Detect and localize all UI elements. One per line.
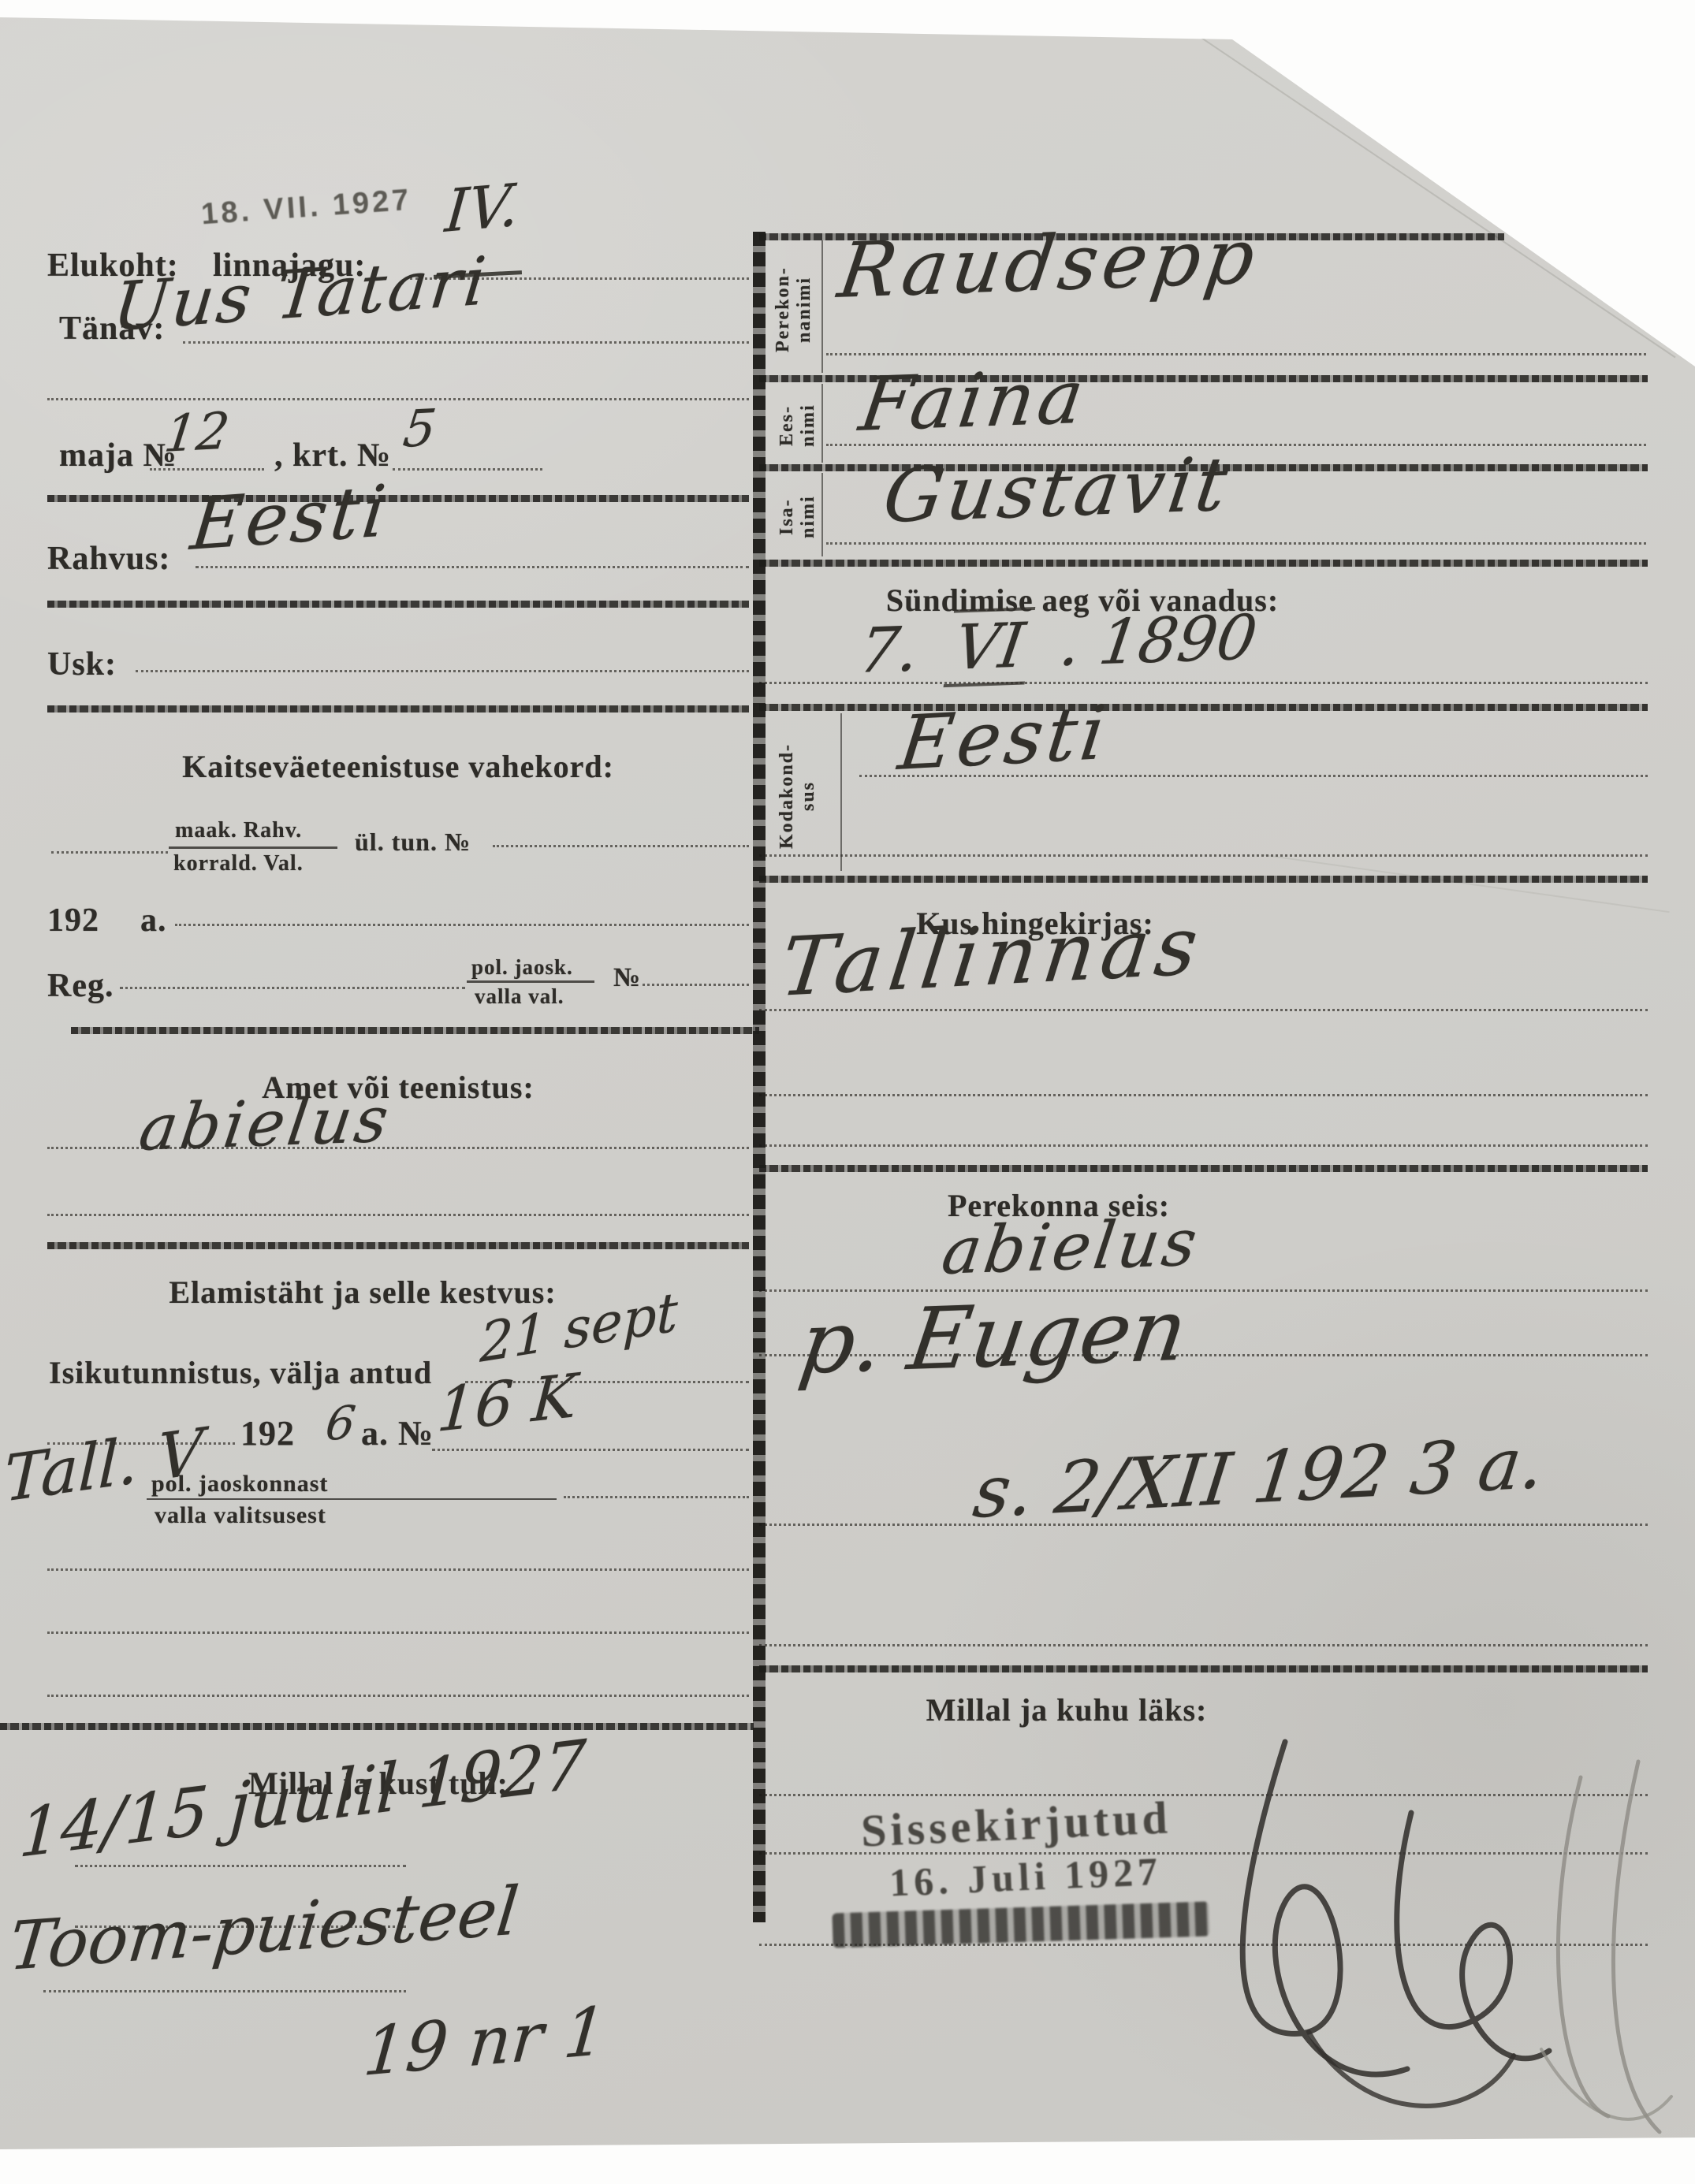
isanimi-label: Isa- nimi <box>777 478 819 556</box>
tuli-line1-value: 14/15 juulil 1927 <box>17 1731 587 1867</box>
empty-line <box>47 398 749 400</box>
amet-value: abielus <box>136 1088 395 1160</box>
tanav-line <box>183 341 749 344</box>
empty-line <box>759 1644 1648 1646</box>
sund-day: 7. <box>855 614 923 687</box>
empty-line <box>47 1568 749 1571</box>
reg-nr-line <box>643 984 749 986</box>
rule <box>47 495 749 502</box>
usk-line <box>136 670 749 672</box>
rule <box>759 704 1648 711</box>
eesnimi-label: Ees- nimi <box>777 388 819 463</box>
tuli-line1-rule <box>75 1865 406 1867</box>
valla-valitsusest-label: valla valitsusest <box>155 1504 326 1527</box>
laps-line2-rule <box>759 1524 1648 1526</box>
hingekiri-line <box>759 1009 1648 1011</box>
maak-rahv-label: maak. Rahv. <box>175 820 302 842</box>
aasta2-a-nr-label: a. № <box>361 1416 434 1451</box>
seis-value: abielus <box>938 1211 1204 1285</box>
linnajagu-value: IV. <box>443 176 521 241</box>
rule <box>0 1723 754 1730</box>
sissekirjutud-stamp: Sissekirjutud <box>860 1795 1172 1854</box>
maja-label: maja № <box>59 439 177 472</box>
stamp-date-line: 16. Juli 1927 <box>888 1851 1163 1902</box>
tun-line-right <box>493 845 749 847</box>
rahvus-label: Rahvus: <box>47 542 170 575</box>
rule <box>759 876 1648 883</box>
rule <box>47 1242 749 1249</box>
tuli-line3-value: 19 nr 1 <box>361 1997 609 2085</box>
laps-line2-value: s. 2/XII 192 3 a. <box>970 1427 1548 1529</box>
eesnimi-value: Faina <box>855 360 1092 443</box>
fraction-line <box>467 980 594 983</box>
perekonnanimi-value: Raudsepp <box>834 218 1264 309</box>
laps-line1-value: p. Eugen <box>795 1288 1192 1387</box>
reg-line <box>120 987 465 989</box>
rule <box>47 705 749 712</box>
hingekiri-value: Tallinnas <box>777 906 1208 1009</box>
tuli-line2-value: Toom-puiesteel <box>6 1877 522 1980</box>
rule <box>71 1027 759 1034</box>
jaoskonnast-line <box>564 1496 749 1498</box>
tunnistus-nr-value: 16 K <box>435 1365 579 1441</box>
registration-card-scan: 18. VII. 1927 IV. Elukoht: linnajagu: Tä… <box>0 0 1695 2184</box>
kodakondsus-line2 <box>759 854 1648 857</box>
aasta2-hw-digit: 6 <box>323 1400 358 1447</box>
krt-line <box>393 468 542 471</box>
label-rule <box>840 713 842 871</box>
crease-line <box>1263 854 1669 913</box>
empty-line <box>759 1144 1648 1147</box>
aasta2-label: 192 <box>240 1416 295 1451</box>
tun-line-left <box>51 851 168 854</box>
stamp-smudge <box>832 1902 1209 1948</box>
maja-value: 12 <box>162 406 232 460</box>
empty-line <box>759 1094 1648 1096</box>
kodakondsus-label: Kodakond- sus <box>777 721 819 871</box>
reg-nr-sign: № <box>613 965 641 992</box>
empty-line <box>47 1695 749 1697</box>
crease-line <box>1178 22 1675 359</box>
label-rule <box>821 240 823 373</box>
empty-line <box>47 1214 749 1216</box>
fraction-line <box>147 1498 557 1500</box>
label-rule <box>821 384 823 463</box>
korrald-val-label: korrald. Val. <box>173 853 304 875</box>
sund-month: VI <box>944 607 1036 687</box>
isikutunnistus-label: Isikutunnistus, välja antud <box>49 1357 432 1389</box>
fraction-line <box>169 846 337 849</box>
perekonnanimi-label: Perekon- nanimi <box>773 244 815 374</box>
rule <box>47 601 749 608</box>
signature-scrawl <box>1167 1687 1695 2175</box>
aasta-a-label: a. <box>140 904 167 937</box>
paper-sheet: 18. VII. 1927 IV. Elukoht: linnajagu: Tä… <box>0 0 1695 2184</box>
usk-label: Usk: <box>47 648 117 681</box>
aasta-line <box>175 924 749 926</box>
tuli-line3-rule <box>43 1990 406 1992</box>
empty-line <box>47 1631 749 1634</box>
rule <box>759 1165 1648 1172</box>
isanimi-value: Gustavit <box>879 448 1235 534</box>
rahvus-value: Eesti <box>188 476 392 561</box>
aasta-label: 192 <box>47 904 99 937</box>
valla-val-label: valla val. <box>475 986 564 1007</box>
rahvus-line <box>196 566 749 568</box>
kodakondsus-value: Eesti <box>895 696 1113 782</box>
date-stamp: 18. VII. 1927 <box>200 185 412 230</box>
tunnistus-nr-line <box>432 1449 749 1451</box>
krt-label: , krt. № <box>274 439 391 472</box>
sund-value: 7. VI . 1890 <box>855 607 1261 683</box>
ul-tun-label: ül. tun. № <box>355 829 471 854</box>
krt-value: 5 <box>400 403 439 456</box>
rule <box>759 1665 1648 1672</box>
rule <box>759 560 1648 567</box>
pol-jaosk-label: pol. jaosk. <box>471 957 573 978</box>
perekonnanimi-line <box>826 353 1646 355</box>
kaitse-heading: Kaitseväeteenistuse vahekord: <box>47 751 749 783</box>
sund-year: . 1890 <box>1056 602 1261 680</box>
reg-label: Reg. <box>47 969 114 1003</box>
isanimi-line <box>826 542 1646 545</box>
label-rule <box>821 473 823 556</box>
